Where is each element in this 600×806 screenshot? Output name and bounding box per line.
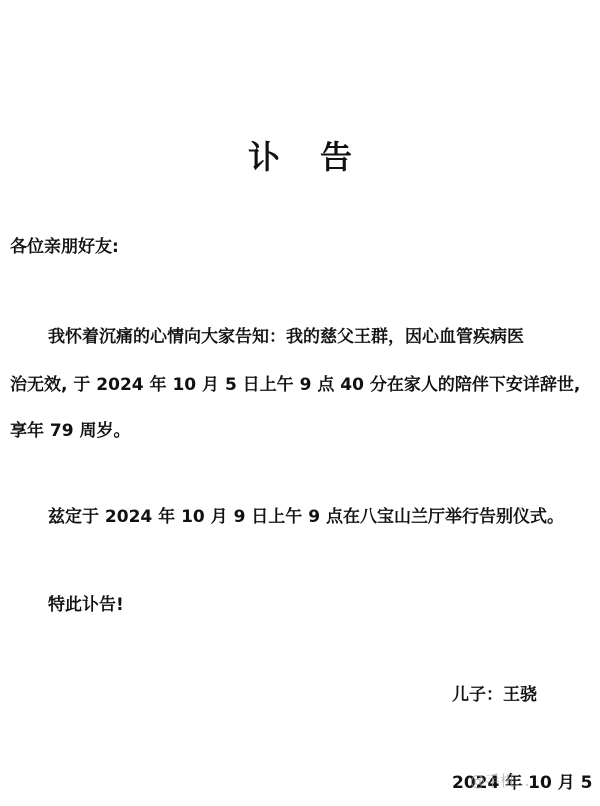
watermark: @手机... bbox=[470, 770, 529, 791]
salutation: 各位亲朋好友: bbox=[10, 232, 119, 257]
body-line: 我怀着沉痛的心情向大家告知：我的慈父王群，因心血管疾病医 bbox=[48, 322, 524, 347]
signer: 儿子：王骁 bbox=[452, 680, 537, 705]
body-line: 享年 79 周岁。 bbox=[10, 416, 131, 441]
body-line: 治无效, 于 2024 年 10 月 5 日上午 9 点 40 分在家人的陪伴下… bbox=[10, 370, 580, 395]
ceremony-notice: 兹定于 2024 年 10 月 9 日上午 9 点在八宝山兰厅举行告别仪式。 bbox=[48, 502, 564, 527]
document-title: 讣告 bbox=[0, 132, 600, 178]
closing-line: 特此讣告! bbox=[48, 590, 124, 615]
